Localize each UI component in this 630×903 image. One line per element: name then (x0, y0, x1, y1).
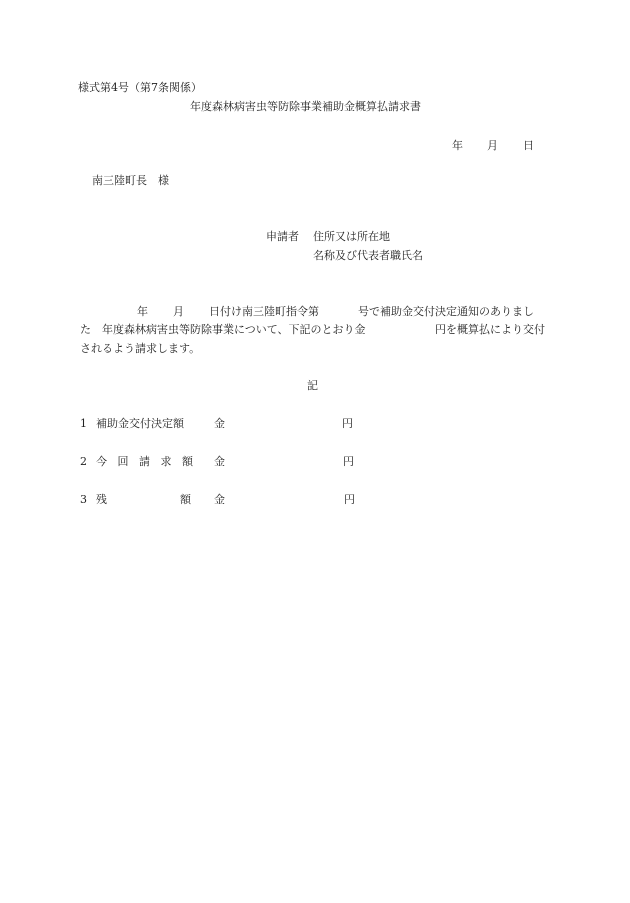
item-yen: 円 (344, 494, 355, 505)
item-yen: 円 (343, 456, 354, 467)
item-number: 1 (80, 418, 87, 429)
body-line1-text2: 号で補助金交付決定通知のありまし (358, 306, 534, 317)
item-label: 補助金交付決定額 (96, 418, 184, 429)
item-number: 2 (80, 456, 87, 467)
applicant-label: 申請者 (266, 231, 299, 242)
item-label: 今 回 請 求 額 (96, 456, 197, 467)
date-month: 月 (487, 140, 498, 151)
body-year: 年 (137, 306, 148, 317)
applicant-name-label: 名称及び代表者職氏名 (313, 250, 423, 261)
body-month: 月 (173, 306, 184, 317)
ki-heading: 記 (307, 380, 318, 391)
body-line1-text: 日付け南三陸町指令第 (209, 306, 319, 317)
item-number: 3 (80, 494, 87, 505)
item-label-end: 額 (180, 494, 191, 505)
date-day: 日 (523, 140, 534, 151)
item-kin: 金 (214, 418, 225, 429)
addressee: 南三陸町長 様 (92, 175, 169, 186)
item-label-start: 残 (96, 494, 107, 505)
body-line2-text2: 円を概算払により交付 (435, 324, 545, 335)
body-line2-text: た 年度森林病害虫等防除事業について、下記のとおり金 (80, 324, 366, 335)
item-kin: 金 (214, 456, 225, 467)
body-line3: されるよう請求します。 (80, 343, 200, 354)
date-year: 年 (452, 140, 463, 151)
form-label: 様式第4号（第7条関係） (78, 82, 202, 93)
applicant-address-label: 住所又は所在地 (313, 231, 390, 242)
item-yen: 円 (342, 418, 353, 429)
item-kin: 金 (214, 494, 225, 505)
document-title: 年度森林病害虫等防除事業補助金概算払請求書 (190, 101, 421, 112)
